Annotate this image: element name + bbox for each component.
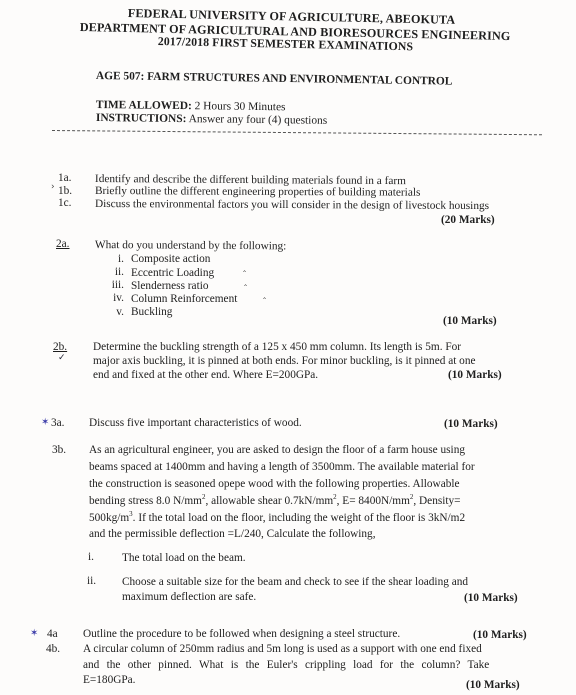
question-text-line: E=180GPa. xyxy=(83,674,136,687)
question-text-line: major axis buckling, it is pinned at bot… xyxy=(93,355,475,368)
text-segment: , E= 8400N/mm xyxy=(337,495,410,507)
marks-label: (10 Marks) xyxy=(444,418,498,431)
question-text-line: A circular column of 250mm radius and 5m… xyxy=(83,643,482,656)
marks-label: (10 Marks) xyxy=(448,369,502,382)
dashed-divider xyxy=(52,130,542,135)
question-number: 4b. xyxy=(46,643,60,656)
pen-dash-icon: ‸ xyxy=(243,262,246,275)
question-text: Discuss the environmental factors you wi… xyxy=(95,198,489,213)
question-number: 1a. xyxy=(58,172,72,185)
sub-item-number: i. xyxy=(102,253,124,266)
instructions: INSTRUCTIONS: Answer any four (4) questi… xyxy=(96,112,327,127)
question-text-line: Determine the buckling strength of a 125… xyxy=(93,341,461,354)
pen-dash-icon: ‸ xyxy=(263,289,266,302)
question-text-line: and the permissible deflection =L/240, C… xyxy=(89,528,376,541)
question-text-line: As an agricultural engineer, you are ask… xyxy=(89,444,465,457)
sub-item-text: Column Reinforcement xyxy=(131,293,237,306)
sub-item-text: Buckling xyxy=(131,306,172,319)
question-text: Outline the procedure to be followed whe… xyxy=(83,628,400,641)
text-segment: . If the total load on the floor, includ… xyxy=(133,512,465,524)
marks-label: (10 Marks) xyxy=(464,592,518,605)
pen-dash-icon: ‸ xyxy=(244,276,247,289)
question-text-line: beams spaced at 1400mm and having a leng… xyxy=(89,461,475,474)
sub-item-text: maximum deflection are safe. xyxy=(122,591,256,604)
instructions-value: Answer any four (4) questions xyxy=(189,113,328,127)
question-text: Discuss five important characteristics o… xyxy=(89,417,302,430)
text-segment: , Density= xyxy=(413,495,460,507)
time-allowed: TIME ALLOWED: 2 Hours 30 Minutes xyxy=(96,99,286,113)
sub-item-text: The total load on the beam. xyxy=(122,552,246,565)
exam-paper: FEDERAL UNIVERSITY OF AGRICULTURE, ABEOK… xyxy=(0,0,576,695)
sub-item-text: Eccentric Loading xyxy=(131,267,214,280)
question-number: 4a xyxy=(47,628,58,641)
sub-item-number: i. xyxy=(88,551,94,564)
sub-item-text: Choose a suitable size for the beam and … xyxy=(122,576,468,589)
sub-item-number: iii. xyxy=(102,279,124,292)
sub-item-text: Slenderness ratio xyxy=(131,280,209,293)
marks-label: (20 Marks) xyxy=(441,214,495,227)
question-number: 3b. xyxy=(52,444,66,457)
question-text-line: bending stress 8.0 N/mm2, allowable shea… xyxy=(89,495,461,508)
sub-item-number: v. xyxy=(102,306,124,319)
time-allowed-label: TIME ALLOWED: xyxy=(96,99,192,112)
pen-star-mark-icon: ✶ xyxy=(30,627,38,640)
sub-item-number: ii. xyxy=(102,266,124,279)
marks-label: (10 Marks) xyxy=(466,679,520,692)
pen-star-mark-icon: ✶ xyxy=(41,416,49,429)
pen-tick-icon: ✓ xyxy=(58,352,66,365)
question-number: 2a. xyxy=(56,238,70,251)
time-allowed-value: 2 Hours 30 Minutes xyxy=(195,100,286,113)
question-number: 1c. xyxy=(58,197,72,210)
course-title: AGE 507: FARM STRUCTURES AND ENVIRONMENT… xyxy=(96,70,453,88)
question-text: What do you understand by the following: xyxy=(95,239,286,254)
sub-item-number: iv. xyxy=(102,292,124,305)
text-segment: bending stress 8.0 N/mm xyxy=(89,495,202,507)
instructions-label: INSTRUCTIONS: xyxy=(96,112,187,125)
marks-label: (10 Marks) xyxy=(443,315,497,328)
question-text-line: the construction is seasoned opepe wood … xyxy=(89,478,460,491)
text-segment: 500kg/m xyxy=(89,512,129,524)
sub-item-text: Composite action xyxy=(131,253,210,266)
question-text-line: and the other pinned. What is the Euler'… xyxy=(83,659,489,672)
question-text-line: end and fixed at the other end. Where E=… xyxy=(93,369,318,382)
sub-item-number: ii. xyxy=(87,575,96,588)
question-text-line: 500kg/m3. If the total load on the floor… xyxy=(89,512,465,525)
question-number: 3a. xyxy=(51,417,65,430)
pen-tick-icon: › xyxy=(51,181,55,194)
marks-label: (10 Marks) xyxy=(473,629,527,642)
text-segment: , allowable shear 0.7kN/mm xyxy=(205,495,333,507)
